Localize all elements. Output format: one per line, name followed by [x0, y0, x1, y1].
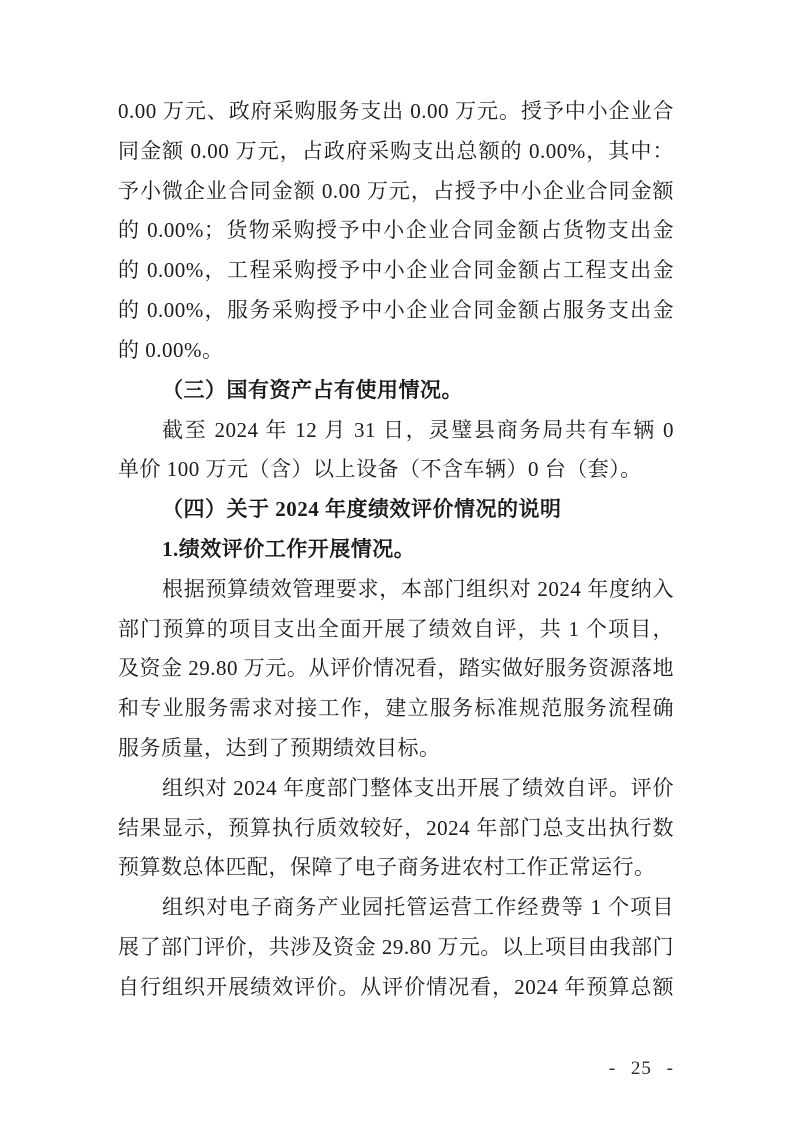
text-line: 截至 2024 年 12 月 31 日，灵璧县商务局共有车辆 0 辆；: [118, 411, 674, 451]
document-body: 0.00 万元、政府采购服务支出 0.00 万元。授予中小企业合同金额 0.00…: [118, 92, 674, 1008]
text-line: 予小微企业合同金额 0.00 万元，占授予中小企业合同金额: [118, 172, 674, 212]
text-line: 和专业服务需求对接工作，建立服务标准规范服务流程确保: [118, 689, 674, 729]
text-line: 部门预算的项目支出全面开展了绩效自评，共 1 个项目，涉: [118, 610, 674, 650]
heading-line: 1.绩效评价工作开展情况。: [118, 530, 674, 570]
text-line: 同金额 0.00 万元，占政府采购支出总额的 0.00%，其中：授: [118, 132, 674, 172]
text-line: 组织对 2024 年度部门整体支出开展了绩效自评。评价: [118, 769, 674, 809]
text-line: 的 0.00%。: [118, 331, 674, 371]
text-line: 及资金 29.80 万元。从评价情况看，踏实做好服务资源落地: [118, 649, 674, 689]
text-line: 的 0.00%，工程采购授予中小企业合同金额占工程支出金额: [118, 251, 674, 291]
page-footer: - 25 -: [118, 1058, 674, 1080]
page-number: - 25 -: [609, 1058, 674, 1079]
text-line: 的 0.00%；货物采购授予中小企业合同金额占货物支出金额: [118, 211, 674, 251]
text-line: 单价 100 万元（含）以上设备（不含车辆）0 台（套）。: [118, 450, 674, 490]
text-line: 预算数总体匹配，保障了电子商务进农村工作正常运行。: [118, 848, 674, 888]
text-line: 0.00 万元、政府采购服务支出 0.00 万元。授予中小企业合: [118, 92, 674, 132]
heading-line: （四）关于 2024 年度绩效评价情况的说明: [118, 490, 674, 530]
text-line: 结果显示，预算执行质效较好，2024 年部门总支出执行数与: [118, 809, 674, 849]
text-line: 的 0.00%，服务采购授予中小企业合同金额占服务支出金额: [118, 291, 674, 331]
text-line: 服务质量，达到了预期绩效目标。: [118, 729, 674, 769]
text-line: 组织对电子商务产业园托管运营工作经费等 1 个项目开: [118, 888, 674, 928]
text-line: 展了部门评价，共涉及资金 29.80 万元。以上项目由我部门: [118, 928, 674, 968]
document-page: 0.00 万元、政府采购服务支出 0.00 万元。授予中小企业合同金额 0.00…: [0, 0, 793, 1122]
text-line: 根据预算绩效管理要求，本部门组织对 2024 年度纳入: [118, 570, 674, 610]
text-line: 自行组织开展绩效评价。从评价情况看，2024 年预算总额: [118, 968, 674, 1008]
heading-line: （三）国有资产占有使用情况。: [118, 371, 674, 411]
